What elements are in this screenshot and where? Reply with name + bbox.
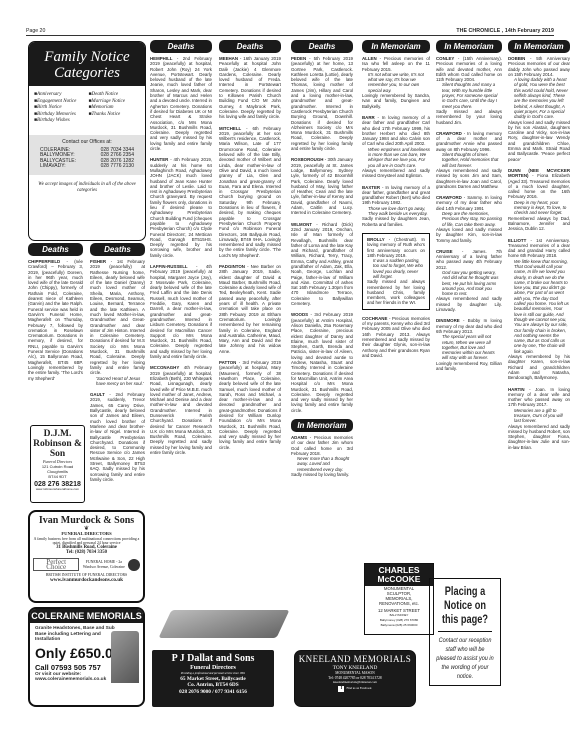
notice-name: HARTIN	[508, 387, 525, 392]
placing-notice-box: Placing a Notice on this page? Contact o…	[429, 578, 501, 686]
section-header-memoriam: In Memoriam	[436, 40, 502, 53]
notice-name: CRAWFORD	[436, 195, 462, 200]
notice-verse: When emptiness and loneliness is more th…	[362, 147, 430, 168]
notice-sign: Always loved and sadly missed by his son…	[508, 120, 570, 162]
notice-name: GAULT	[90, 392, 105, 397]
category-item: Engagement Notice	[34, 99, 86, 106]
coleraine-memorials-ad: COLERAINE MEMORIALS Granite Headstones, …	[28, 607, 145, 707]
category-item: Memoriam	[89, 105, 141, 112]
notice-text: - 2nd February 2019 (peacefully) at hosp…	[150, 56, 212, 151]
notice-sign: Sadly missed and always remembered by yo…	[436, 109, 502, 125]
notice-verse: Memories are a gift to treasure, Ours of…	[508, 408, 570, 424]
ad-website: www.robinsonsfuneralhome.com	[31, 487, 84, 492]
ivan-murdock-ad: Ivan Murdock & Sons ❦ FUNERAL DIRECTORS …	[28, 510, 145, 603]
memoriam-notice: BARR - In loving memory of a dear father…	[362, 115, 430, 179]
notice-verse: It's not what we write, It's not what we…	[362, 72, 430, 93]
notice-text: - 30th January 2019, peacefully at St. J…	[291, 157, 353, 215]
notice-name: CHIPPERFIELD	[28, 259, 60, 264]
notice-text: - 4th February 2019 (peacefully) at hosp…	[150, 264, 212, 359]
notice-verse: Silent thoughts and many a tear, With my…	[436, 82, 502, 108]
section-header-deaths: Deaths	[150, 40, 212, 53]
perfect-choice-logo: Perfect Choice	[33, 558, 79, 572]
death-notice: WILMONT - Richard (Dick) 22nd January 20…	[291, 222, 353, 307]
memoriam-notice-boxed: BROLLY - (Chestnutt). In loving memory o…	[362, 233, 430, 310]
notice-sign: Always remembered and sadly missed by so…	[436, 168, 502, 189]
notice-text: - 1st February 2019 (peacefully) at Rath…	[90, 259, 145, 375]
death-notice: PEDEN - 5th February 2019 (peacefully) a…	[291, 56, 353, 151]
section-header-deaths: Deaths	[291, 40, 353, 53]
notice-text: 4th February 2019 (peacefully) at hospit…	[150, 365, 212, 455]
memoriam-notice: CRAWFORD - In loving memory of a dear mo…	[436, 131, 502, 189]
notice-sign: Always loved and sadly missed by daughte…	[436, 227, 502, 243]
deaths-column-3: Deaths HEMPHILL - 2nd February 2019 (pea…	[150, 40, 212, 610]
notice-name: HUNTER	[150, 157, 168, 162]
deaths-column-5: Deaths PEDEN - 5th February 2019 (peacef…	[291, 40, 353, 645]
notice-verse: Those we love don't go away, They walk b…	[362, 206, 430, 217]
notice-text: - Nee Barber on 28th January 2019, Sadie…	[219, 264, 281, 354]
notice-name: PATTON	[219, 360, 236, 365]
notice-name: DINSMORE	[436, 318, 460, 323]
placing-body: Contact our reception staff who will be …	[435, 636, 495, 681]
deaths-column-2: Deaths FISHER - 1st February 2019 (peace…	[90, 243, 145, 508]
notice-verse: A loving daddy with a heart of gold, You…	[508, 77, 570, 119]
notice-name: CONLEY	[436, 56, 454, 61]
death-notice: PADGINTON - Nee Barber on 28th January 2…	[219, 264, 281, 354]
notice-text: - 4th February 2019, suddenly at his hom…	[150, 157, 212, 257]
notice-name: MITCHELL	[219, 126, 241, 131]
death-notice: HEMPHILL - 2nd February 2019 (peacefully…	[150, 56, 212, 151]
deaths-column-1: Deaths CHIPPERFIELD - (née Crawford) – F…	[28, 243, 83, 423]
ad-website[interactable]: www.ivanmurdockandsons.co.uk	[33, 578, 140, 583]
death-notice: MITCHELL - 6th February 2019, peacefully…	[219, 126, 281, 258]
notice-sign: Always remembered by his daughter Karen,…	[508, 354, 570, 380]
section-header-deaths: Deaths	[28, 243, 83, 256]
office-contacts: Contact our Offices at: COLERAINE:028 70…	[29, 135, 145, 175]
death-notice: LAFFIN-RUSSELL - 4th February 2019 (peac…	[150, 264, 212, 359]
notice-sign: Remembered always by Dad, Balnamore, Jen…	[508, 216, 570, 232]
memoriam-notice: DUNN (NEE MCVICKER MORTEN) - Fiona Eliza…	[508, 168, 570, 232]
charles-mccooke-ad: CHARLES McCOOKE MONUMENTAL SCULPTOR, MEM…	[364, 563, 434, 635]
notice-name: CRAWFORD	[436, 131, 462, 136]
category-item: Marriage Notice	[89, 99, 141, 106]
memoriam-notice: BAXTER - In loving memory of a dear fath…	[362, 185, 430, 227]
death-notice: FISHER - 1st February 2019 (peacefully) …	[90, 259, 145, 386]
category-item: Anniversary	[34, 92, 86, 99]
memoriam-notice: COCHRANE - Precious memories of my paren…	[362, 316, 430, 358]
memoriam-notice: DOBBIN - 5th Anniversary Precious memori…	[508, 56, 570, 162]
notice-name: WILMONT	[291, 222, 312, 227]
ad-facebook[interactable]: Find us on Facebook	[346, 686, 371, 691]
death-notice: GAULT - 2nd February 2019, suddenly, Tre…	[90, 392, 145, 482]
ad-address: Co. Antrim, BT54 6DS	[153, 682, 273, 688]
death-notice: HUNTER - 4th February 2019, suddenly at …	[150, 157, 212, 258]
notice-name: HEMPHILL	[150, 56, 172, 61]
death-notice: PATTON - 3rd February 2019 (peacefully) …	[219, 360, 281, 450]
djm-robinson-ad: D.J.M. Robinson & Son Funeral Directors …	[30, 425, 85, 503]
notice-verse: God saw you getting weary, And did what …	[436, 270, 502, 296]
death-notice: MEEHAN - 16th January 2019 Peacefully at…	[219, 56, 281, 120]
notice-name: MEEHAN	[219, 56, 238, 61]
memoriam-notice: CRUISE - James. 7th Anniversary of a lov…	[436, 249, 502, 313]
notice-sign: Always remembered and sadly missed by hu…	[508, 424, 570, 450]
notice-name: ALLEN	[362, 56, 377, 61]
ad-line: RENOVATIONS, etc.	[365, 601, 433, 606]
memoriam-notice: ELLIOTT - 1st Anniversary. Treasured mem…	[508, 238, 570, 381]
memoriam-notice: DINSMORE - Bobby In loving memory of my …	[436, 318, 502, 371]
family-notice-categories-box: Family Notice Categories Anniversary Dea…	[28, 41, 146, 241]
divider	[438, 631, 492, 632]
notice-text: - Precious memories of my parents, Kenny…	[362, 316, 430, 358]
notice-name: LAFFIN-RUSSELL	[150, 264, 188, 269]
crest-icon	[128, 559, 140, 571]
notice-name: WOODS	[291, 312, 308, 317]
ad-funeral-home: FUNERAL HOME - 2a Windsor Avenue, Colera…	[79, 560, 128, 570]
notice-name: DOBBIN	[508, 56, 525, 61]
notice-sign: Sadly missed and always remembered by he…	[367, 279, 425, 305]
paper-dateline: THE CHRONICLE , 14th February 2019	[456, 28, 554, 34]
memoriam-notice: ADAMS - Precious memories of our dear fa…	[291, 435, 353, 477]
notice-text: - 2nd February 2019, suddenly, Trevor Ja…	[90, 392, 145, 482]
notice-verse: The special years will not return, When …	[436, 334, 502, 360]
notice-text: - 3rd February 2019 (peacefully) at Antr…	[291, 312, 353, 412]
notice-text: - 6th February 2019, peacefully at her s…	[219, 126, 281, 258]
kneeland-memorials-ad: KNEELAND MEMORIALS TONY KNEELAND MONUMEN…	[294, 650, 416, 707]
notice-sign: Always remembered and sadly missed by da…	[436, 296, 502, 312]
section-header-deaths: Deaths	[90, 243, 145, 256]
section-header-deaths: Deaths	[219, 40, 281, 53]
ad-address: BT44 9DT	[31, 474, 84, 479]
notice-verse: Deep in my heart, your memory is kept, T…	[508, 200, 570, 216]
notice-verse: We little knew that morning, That God wo…	[508, 259, 570, 354]
ad-name: D.J.M. Robinson & Son	[31, 429, 84, 459]
death-notice: ROXBOROUGH - 30th January 2019, peaceful…	[291, 157, 353, 215]
facebook-icon: f	[338, 686, 344, 692]
section-header-memoriam: In Memoriam	[508, 40, 570, 53]
notice-sign: Always remembered and sadly missed Greys…	[362, 168, 430, 179]
notice-text: - In loving memory of a dear father and …	[362, 115, 430, 146]
memoriam-column-8: In Memoriam DOBBIN - 5th Anniversary Pre…	[508, 40, 570, 710]
notice-name: FISHER	[90, 259, 106, 264]
notice-text: - (née Crawford) – February 3, 2019, (pe…	[28, 259, 83, 381]
office-phone: 028 7776 2130	[101, 164, 134, 170]
office-row: LIMAVADY:028 7776 2130	[35, 164, 139, 170]
notice-text: - 5th February 2019 (peacefully) at her …	[291, 56, 353, 151]
death-notice: MCCONAGHY 4th February 2019 (peacefully)…	[150, 365, 212, 455]
notice-name: CRUISE	[436, 249, 453, 254]
ad-phone: 028 2076 9000 / 077 9341 6156	[153, 689, 273, 695]
ad-title: COLERAINE MEMORIALS	[30, 609, 143, 623]
category-item: Birthday Memories	[34, 112, 86, 119]
notice-name: BROLLY	[367, 237, 385, 242]
death-notice: CHIPPERFIELD - (née Crawford) – February…	[28, 259, 83, 381]
ad-sub: Funeral Directors	[153, 665, 273, 672]
notice-sign: Sadly missed by daughters Jean, Roberta …	[362, 216, 430, 227]
notice-text: - Richard (Dick) 22nd January 2019, Onch…	[291, 222, 353, 306]
notice-name: COCHRANE	[362, 316, 387, 321]
placing-title: Placing a Notice on this page?	[437, 585, 493, 627]
notice-name: ROXBOROUGH	[291, 157, 323, 162]
notice-name: ADAMS	[291, 435, 307, 440]
contact-title: Contact our Offices at:	[35, 140, 139, 146]
category-item: Thanks Notice	[89, 112, 141, 119]
notice-sign: Lovingly remembered Roy, Gillian and fam…	[436, 361, 502, 372]
notice-name: PADGINTON	[219, 264, 245, 269]
memoriam-notice: CRAWFORD - Sammy. In loving memory of my…	[436, 195, 502, 243]
headstone-icon	[111, 631, 139, 683]
notice-verse: 'Sacred Heart of Jesus have mercy on her…	[90, 376, 145, 387]
notice-name: PEDEN	[291, 56, 306, 61]
page-header: Page 20 THE CHRONICLE , 14th February 20…	[26, 26, 554, 36]
memoriam-notice: ALLEN - Precious memories of Isa who fel…	[362, 56, 430, 109]
notice-name: MCCONAGHY	[150, 365, 179, 370]
ad-desc: Granite Headstones, Base and Sub Base in…	[35, 626, 117, 643]
notice-text: - 16th January 2019 Peacefully at hospit…	[219, 56, 281, 119]
notice-text: - 3rd February 2019 (peacefully) at hosp…	[219, 360, 281, 450]
ad-email: kneelandmemorials@btinternet.com	[295, 680, 415, 685]
notice-sign: Lovingly remembered by Sandra, Ivan and …	[362, 93, 430, 109]
notice-verse: Never more than a thought away. Loved an…	[291, 456, 353, 472]
category-item: Death Notice	[89, 92, 141, 99]
ad-phone: Tel: (028) 7034 3350	[33, 551, 140, 556]
notice-sign: Sadly missed by loving family.	[291, 472, 353, 477]
ad-phone: Ballymena (028) 25 660000	[365, 623, 433, 628]
office-name: LIMAVADY:	[40, 164, 66, 170]
memoriam-column-6: In Memoriam ALLEN - Precious memories of…	[362, 40, 430, 560]
images-note: We accept images of individuals in all o…	[29, 179, 145, 197]
notice-verse: It was a sudden parting, too sad to forg…	[367, 258, 425, 279]
ad-name: P J Dallat and Sons	[153, 653, 273, 665]
ad-name: KNEELAND MEMORIALS	[295, 654, 415, 665]
category-item: Birthday Wishes	[34, 118, 86, 125]
notice-name: ELLIOTT	[508, 238, 526, 243]
category-item: Birth Notice	[34, 105, 86, 112]
deaths-column-4: Deaths MEEHAN - 16th January 2019 Peacef…	[219, 40, 281, 605]
notice-verse: Deep are the memories, Precious they sta…	[436, 211, 502, 227]
notice-name: BAXTER	[362, 185, 380, 190]
memoriam-notice: HARTIN - Joan. In loving memory of a dea…	[508, 387, 570, 451]
pj-dallat-ad: P J Dallat and Sons Funeral Directors Pr…	[152, 650, 274, 707]
memoriam-notice: CONLEY - (15th Anniversary). Precious me…	[436, 56, 502, 125]
notice-name: BARR	[362, 115, 375, 120]
section-header-memoriam: In Memoriam	[362, 40, 430, 53]
categories-list: Anniversary Death Notice Engagement Noti…	[29, 86, 145, 131]
ad-name: CHARLES McCOOKE	[365, 564, 433, 586]
page-number: Page 20	[26, 28, 45, 34]
memoriam-column-7: In Memoriam CONLEY - (15th Anniversary).…	[436, 40, 502, 570]
categories-title: Family Notice Categories	[29, 42, 145, 86]
death-notice: WOODS - 3rd February 2019 (peacefully) a…	[291, 312, 353, 413]
notice-verse: Silent thoughts of times together, Hold …	[436, 152, 502, 168]
bible-icon	[158, 610, 289, 638]
section-header-memoriam: In Memoriam	[291, 419, 353, 432]
